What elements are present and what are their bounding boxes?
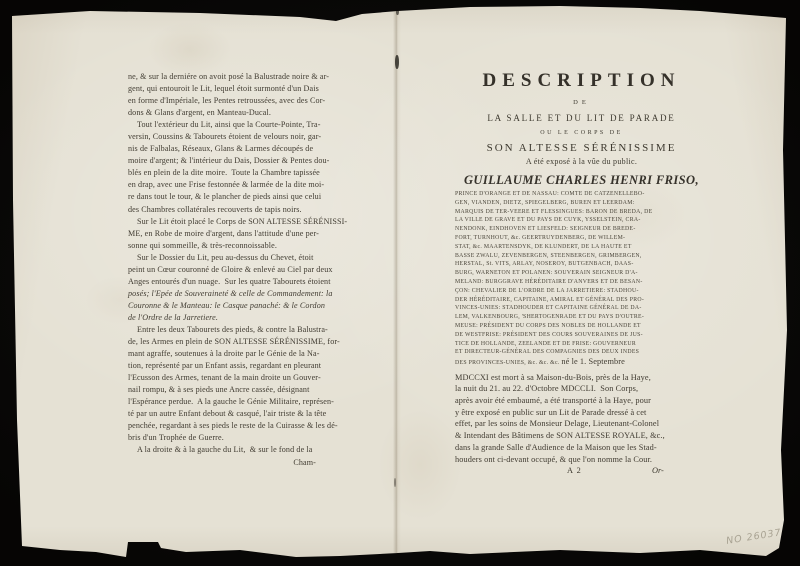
right-page: DESCRIPTION DE LA SALLE ET DU LIT DE PAR… — [455, 64, 708, 479]
subtitle-ou-le-corps: OU LE CORPS DE — [455, 130, 708, 137]
titles-block: PRINCE D'ORANGE ET DE NASSAU: COMTE DE C… — [455, 190, 708, 357]
fold-tear — [394, 478, 396, 487]
titles-tail-caps: DES PROVINCES-UNIES, &c. &c. &c. — [455, 360, 560, 366]
subtitle-de: DE — [455, 99, 708, 106]
signature-row: A 2 Or- — [455, 466, 708, 479]
document-sheet: ne, & sur la derniére on avoit posé la B… — [0, 0, 800, 566]
paragraph: ne, & sur la derniére on avoit posé la B… — [128, 71, 364, 119]
fold-tear — [396, 8, 399, 15]
paragraph: A la droite & à la gauche du Lit, & sur … — [128, 444, 364, 456]
catchword-row: Cham- — [128, 457, 364, 469]
catchword: Cham- — [293, 458, 316, 467]
catchword: Or- — [652, 466, 664, 475]
left-page: ne, & sur la derniére on avoit posé la B… — [128, 71, 364, 469]
titles-tail-line: DES PROVINCES-UNIES, &c. &c. &c. né le 1… — [455, 357, 708, 369]
fold-tear — [395, 55, 399, 69]
name-heading: GUILLAUME CHARLES HENRI FRISO, — [455, 173, 708, 187]
signature-mark: A 2 — [567, 466, 582, 475]
inventory-number-note: NO 26037a — [726, 526, 790, 547]
paragraph: Tout l'extérieur du Lit, ainsi que la Co… — [128, 119, 364, 215]
page-title: DESCRIPTION — [455, 70, 708, 92]
titles-tail-roman: né le 1. Septembre — [561, 357, 625, 366]
paragraph: Sur le Lit étoit placé le Corps de SON A… — [128, 216, 364, 252]
subtitle-salle: LA SALLE ET DU LIT DE PARADE — [455, 113, 708, 123]
subtitle-altesse: SON ALTESSE SÉRÉNISSIME — [455, 142, 708, 154]
center-fold — [393, 8, 401, 556]
photo-background: ne, & sur la derniére on avoit posé la B… — [0, 0, 800, 566]
paragraph: Sur le Dossier du Lit, peu au-dessus du … — [128, 252, 364, 288]
body-text: MDCCXI est mort à sa Maison-du-Bois, prè… — [455, 372, 708, 466]
paragraph: Entre les deux Tabourets des pieds, & co… — [128, 324, 364, 444]
subtitle-expose: A été exposé à la vûe du public. — [455, 157, 708, 166]
paragraph-italic: posés; l'Epée de Souveraineté & celle de… — [128, 288, 364, 324]
